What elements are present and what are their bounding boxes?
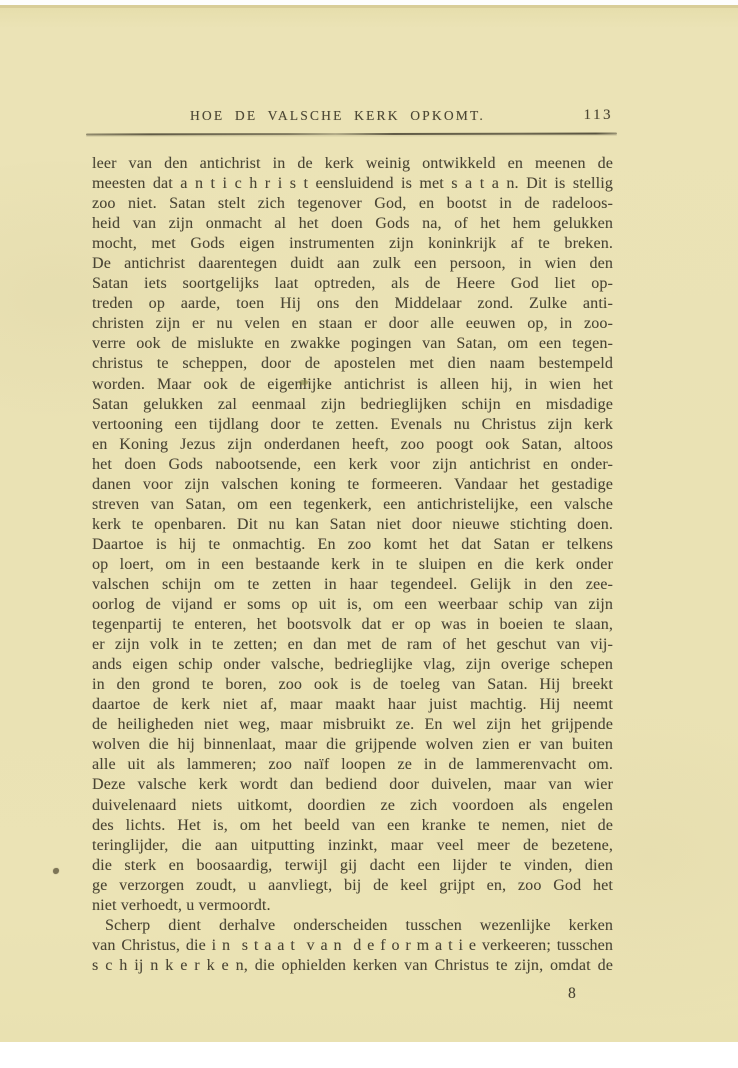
text-line: alle uit als lammeren; zoo naïf loopen z…: [92, 755, 613, 775]
text-line: het doen Gods nabootsende, een kerk voor…: [92, 455, 613, 475]
text-line: daartoe de kerk niet af, maar maakt haar…: [92, 695, 613, 715]
body-text: leer van den antichrist in de kerk weini…: [92, 154, 613, 976]
book-page: HOE DE VALSCHE KERK OPKOMT. 113 leer van…: [0, 5, 738, 1042]
text-line: des lichts. Het is, om het beeld van een…: [92, 816, 613, 836]
text-line: die sterk en boosaardig, terwijl gij dac…: [92, 856, 613, 876]
text-line: en Koning Jezus zijn onderdanen heeft, z…: [92, 435, 613, 455]
text-line: christen zijn er nu velen en staan er do…: [92, 314, 613, 334]
text-line: heid van zijn onmacht al het doen Gods n…: [92, 214, 613, 234]
text-line: ge verzorgen zoudt, u aanvliegt, bij de …: [92, 876, 613, 896]
text-line: Satan gelukken zal eenmaal zijn bedriegl…: [92, 395, 613, 415]
margin-ink-speck: [53, 868, 59, 874]
page-number: 113: [584, 107, 613, 124]
text-line: treden op aarde, toen Hij ons den Middel…: [92, 294, 613, 314]
text-line: christus te scheppen, door de apostelen …: [92, 354, 613, 374]
text-line: oorlog de vijand er soms op uit is, om e…: [92, 595, 613, 615]
text-line: kerk te openbaren. Dit nu kan Satan niet…: [92, 515, 613, 535]
text-line: wolven die hij binnenlaat, maar die grij…: [92, 735, 613, 755]
text-line: tegenpartij te enteren, het bootsvolk da…: [92, 615, 613, 635]
text-line: s c h ij n k e r k e n, die ophielden ke…: [92, 956, 613, 976]
text-line: De antichrist daarentegen duidt aan zulk…: [92, 254, 613, 274]
text-line: vertooning een tijdlang door te zetten. …: [92, 415, 613, 435]
page-header: HOE DE VALSCHE KERK OPKOMT. 113: [88, 108, 615, 128]
text-line: ands eigen schip onder valsche, bedriegl…: [92, 655, 613, 675]
text-line: Satan iets soortgelijks laat optreden, a…: [92, 274, 613, 294]
signature-number: 8: [568, 984, 576, 1004]
text-line-paragraph-end: niet verhoedt, u vermoordt.: [92, 896, 613, 916]
text-line-paragraph-start: Scherp dient derhalve onderscheiden tuss…: [92, 916, 613, 936]
text-line: verre ook de mislukte en zwakke pogingen…: [92, 334, 613, 354]
text-line: op loert, om in een bestaande kerk in te…: [92, 555, 613, 575]
text-line: valschen schijn om te zetten in haar teg…: [92, 575, 613, 595]
text-line: worden. Maar ook de eigenlijke antichris…: [92, 375, 613, 395]
text-line: meesten dat a n t i c h r i s t eensluid…: [92, 174, 613, 194]
inline-ink-smudge: [299, 380, 308, 385]
text-line: er zijn volk in te zetten; en dan met de…: [92, 635, 613, 655]
text-line: danen voor zijn valschen koning te forme…: [92, 475, 613, 495]
text-line: duivelenaard niets uitkomt, doordien ze …: [92, 796, 613, 816]
text-line: teringlijder, die aan uitputting inzinkt…: [92, 836, 613, 856]
text-line: streven van Satan, om een tegenkerk, een…: [92, 495, 613, 515]
text-line: in den grond te boren, zoo ook is de toe…: [92, 675, 613, 695]
text-line: zoo niet. Satan stelt zich tegenover God…: [92, 194, 613, 214]
text-line: Daartoe is hij te onmachtig. En zoo komt…: [92, 535, 613, 555]
text-line: mocht, met Gods eigen instrumenten zijn …: [92, 234, 613, 254]
text-line: van Christus, die i n s t a a t v a n d …: [92, 936, 613, 956]
running-title: HOE DE VALSCHE KERK OPKOMT.: [74, 108, 601, 124]
text-line: de heiligheden niet weg, maar misbruikt …: [92, 715, 613, 735]
header-rule: [86, 133, 617, 136]
text-line: Deze valsche kerk wordt dan bediend door…: [92, 775, 613, 795]
scan-area: HOE DE VALSCHE KERK OPKOMT. 113 leer van…: [0, 0, 738, 1068]
scan-bottom-margin: [0, 1042, 738, 1068]
text-line: leer van den antichrist in de kerk weini…: [92, 154, 613, 174]
